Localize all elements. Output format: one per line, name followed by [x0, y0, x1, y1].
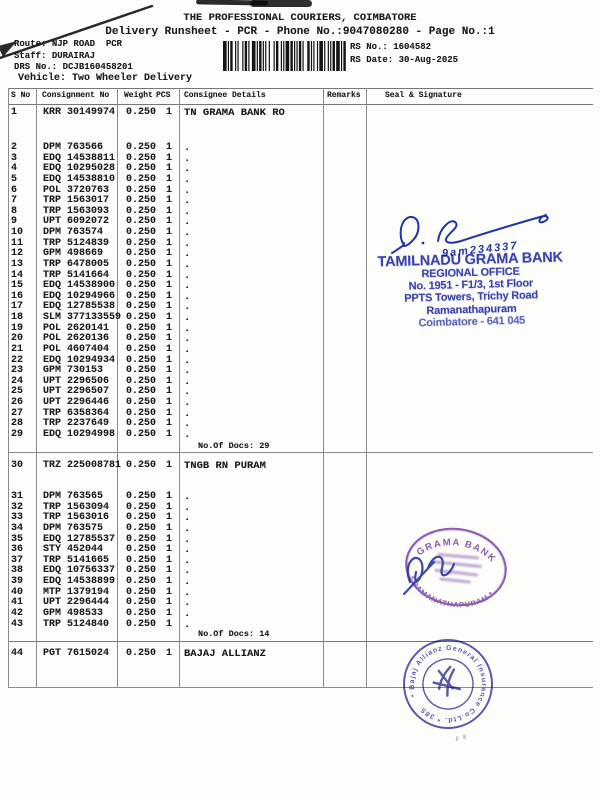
cell-consignment: GPM 498533 — [43, 608, 123, 619]
cell-weight: 0.250 — [126, 238, 160, 249]
cell-consignment: EDQ 10294998 — [43, 429, 123, 440]
cell-sno: 28 — [11, 418, 33, 429]
scan-smudge — [250, 0, 312, 7]
cell-sno: 2 — [11, 142, 33, 153]
section-rule-1 — [8, 452, 593, 453]
cell-weight: 0.250 — [126, 301, 160, 312]
cell-consignment: TRP 5124839 — [43, 238, 123, 249]
cell-sno: 5 — [11, 174, 33, 185]
docs-count: No.Of Docs: 29 — [198, 442, 269, 451]
table-row: 30TRZ 2250087810.2501TNGB RN PURAM — [0, 460, 600, 471]
rs-date-value: 30-Aug-2025 — [399, 55, 458, 65]
cell-sno: 43 — [11, 619, 33, 630]
cell-pcs: 1 — [158, 312, 172, 323]
cell-sno: 29 — [11, 429, 33, 440]
route-label: Route: — [14, 39, 46, 49]
cell-pcs: 1 — [158, 153, 172, 164]
table-row: 3EDQ 145388110.2501. — [0, 153, 600, 164]
cell-sno: 40 — [11, 587, 33, 598]
cell-pcs: 1 — [158, 608, 172, 619]
cell-weight: 0.250 — [126, 534, 160, 545]
table-row: 23GPM 7301530.2501. — [0, 365, 600, 376]
vehicle-label: Vehicle: — [18, 73, 66, 84]
table-row: 25UPT 22965070.2501. — [0, 386, 600, 397]
cell-weight: 0.250 — [126, 544, 160, 555]
cell-consignee: BAJAJ ALLIANZ — [184, 648, 364, 660]
cell-weight: 0.250 — [126, 619, 160, 630]
cell-weight: 0.250 — [126, 523, 160, 534]
rs-date-label: RS Date: — [350, 55, 393, 65]
cell-weight: 0.250 — [126, 174, 160, 185]
table-top-rule — [8, 88, 593, 89]
cell-consignment: DPM 763566 — [43, 142, 123, 153]
vehicle-value: Two Wheeler Delivery — [72, 73, 192, 84]
cell-sno: 9 — [11, 216, 33, 227]
col-header-sno: S No — [11, 92, 30, 100]
cell-consignment: TRP 2237649 — [43, 418, 123, 429]
cell-pcs: 1 — [158, 544, 172, 555]
cell-consignment: POL 3720763 — [43, 185, 123, 196]
table-row: 29EDQ 102949980.2501. — [0, 429, 600, 440]
route-line: Route: NJP ROAD PCR — [14, 40, 122, 49]
round-bank-seal: GRAMA BANK * RAMANATHAPURAM * — [398, 522, 520, 618]
insurance-stamp-scribble — [430, 664, 463, 698]
cell-consignment: EDQ 12785538 — [43, 301, 123, 312]
scanned-delivery-runsheet: THE PROFESSIONAL COURIERS, COIMBATORE De… — [0, 0, 600, 800]
cell-weight: 0.250 — [126, 512, 160, 523]
cell-weight: 0.250 — [126, 185, 160, 196]
cell-consignment: UPT 6092072 — [43, 216, 123, 227]
cell-consignment: GPM 498669 — [43, 248, 123, 259]
cell-consignment: TRP 5141664 — [43, 270, 123, 281]
cell-consignment: EDQ 10294934 — [43, 355, 123, 366]
drs-value: DCJB160458201 — [63, 62, 133, 72]
cell-weight: 0.250 — [126, 429, 160, 440]
cell-sno: 38 — [11, 565, 33, 576]
cell-consignment: TRP 6478005 — [43, 259, 123, 270]
scan-speck — [456, 736, 459, 741]
cell-sno: 35 — [11, 534, 33, 545]
cell-consignment: PGT 7615024 — [43, 648, 123, 659]
cell-weight: 0.250 — [126, 163, 160, 174]
cell-pcs: 1 — [158, 597, 172, 608]
vehicle-line: Vehicle: Two Wheeler Delivery — [18, 74, 192, 84]
col-header-pcs: PCS — [156, 92, 170, 100]
cell-consignment: DPM 763574 — [43, 227, 123, 238]
table-row: 1KRR 301499740.2501TN GRAMA BANK RO — [0, 107, 600, 118]
table-bottom-rule — [8, 687, 593, 688]
cell-consignment: TRP 1563094 — [43, 502, 123, 513]
cell-sno: 7 — [11, 195, 33, 206]
cell-pcs: 1 — [158, 365, 172, 376]
cell-pcs: 1 — [158, 386, 172, 397]
cell-consignment: UPT 2296507 — [43, 386, 123, 397]
cell-weight: 0.250 — [126, 365, 160, 376]
cell-consignment: STY 452044 — [43, 544, 123, 555]
cell-sno: 32 — [11, 502, 33, 513]
col-header-remarks: Remarks — [327, 92, 361, 100]
table-row: 21POL 46074040.2501. — [0, 344, 600, 355]
cell-consignee: . — [184, 429, 364, 441]
header-rule — [8, 104, 593, 105]
cell-pcs: 1 — [158, 248, 172, 259]
cell-consignment: EDQ 10756337 — [43, 565, 123, 576]
table-row: 26UPT 22964460.2501. — [0, 397, 600, 408]
rs-no-line: RS No.: 1604582 — [350, 43, 431, 52]
cell-sno: 42 — [11, 608, 33, 619]
cell-pcs: 1 — [158, 195, 172, 206]
cell-sno: 12 — [11, 248, 33, 259]
rs-no-value: 1604582 — [393, 42, 431, 52]
cell-consignment: EDQ 12785537 — [43, 534, 123, 545]
cell-sno: 4 — [11, 163, 33, 174]
cell-sno: 34 — [11, 523, 33, 534]
cell-sno: 25 — [11, 386, 33, 397]
cell-sno: 13 — [11, 259, 33, 270]
cell-consignment: SLM 377133559 — [43, 312, 123, 323]
cell-consignment: TRP 5124840 — [43, 619, 123, 630]
cell-pcs: 1 — [158, 185, 172, 196]
col-header-seal: Seal & Signature — [385, 92, 462, 100]
col-header-consignment: Consignment No — [42, 92, 109, 100]
cell-consignment: TRP 1563017 — [43, 195, 123, 206]
cell-pcs: 1 — [158, 502, 172, 513]
table-row: 44PGT 76150240.2501BAJAJ ALLIANZ — [0, 648, 600, 659]
cell-sno: 17 — [11, 301, 33, 312]
drs-line: DRS No.: DCJB160458201 — [14, 63, 133, 72]
cell-pcs: 1 — [158, 576, 172, 587]
cell-consignment: KRR 30149974 — [43, 107, 123, 118]
cell-sno: 1 — [11, 107, 33, 118]
cell-pcs: 1 — [158, 344, 172, 355]
cell-pcs: 1 — [158, 174, 172, 185]
cell-pcs: 1 — [158, 460, 172, 471]
cell-sno: 18 — [11, 312, 33, 323]
cell-pcs: 1 — [158, 142, 172, 153]
cell-sno: 21 — [11, 344, 33, 355]
cell-sno: 36 — [11, 544, 33, 555]
barcode — [223, 41, 347, 71]
cell-sno: 10 — [11, 227, 33, 238]
cell-consignment: POL 2620136 — [43, 333, 123, 344]
cell-weight: 0.250 — [126, 576, 160, 587]
cell-weight: 0.250 — [126, 107, 160, 118]
scan-speck — [463, 735, 467, 739]
table-row: 32TRP 15630940.2501. — [0, 502, 600, 513]
cell-weight: 0.250 — [126, 280, 160, 291]
cell-pcs: 1 — [158, 216, 172, 227]
cell-sno: 11 — [11, 238, 33, 249]
cell-weight: 0.250 — [126, 397, 160, 408]
cell-weight: 0.250 — [126, 227, 160, 238]
cell-pcs: 1 — [158, 429, 172, 440]
cell-weight: 0.250 — [126, 142, 160, 153]
cell-weight: 0.250 — [126, 344, 160, 355]
cell-consignment: MTP 1379194 — [43, 587, 123, 598]
staff-label: Staff: — [14, 51, 46, 61]
cell-consignment: EDQ 14538899 — [43, 576, 123, 587]
cell-pcs: 1 — [158, 397, 172, 408]
table-row: 22EDQ 102949340.2501. — [0, 355, 600, 366]
cell-pcs: 1 — [158, 259, 172, 270]
cell-weight: 0.250 — [126, 491, 160, 502]
cell-sno: 14 — [11, 270, 33, 281]
page-subtitle: Delivery Runsheet - PCR - Phone No.:9047… — [0, 27, 600, 38]
cell-weight: 0.250 — [126, 418, 160, 429]
cell-weight: 0.250 — [126, 248, 160, 259]
cell-pcs: 1 — [158, 227, 172, 238]
cell-pcs: 1 — [158, 619, 172, 630]
cell-consignment: EDQ 14538900 — [43, 280, 123, 291]
cell-consignment: UPT 2296446 — [43, 397, 123, 408]
table-row: 20POL 26201360.2501. — [0, 333, 600, 344]
round-insurance-stamp: * Bajaj Allianz General Insurance Co.Ltd… — [398, 634, 498, 734]
staff-value: DURAIRAJ — [52, 51, 95, 61]
cell-weight: 0.250 — [126, 565, 160, 576]
section-rule-2 — [8, 641, 593, 642]
cell-pcs: 1 — [158, 491, 172, 502]
cell-weight: 0.250 — [126, 153, 160, 164]
staff-line: Staff: DURAIRAJ — [14, 52, 95, 61]
cell-consignment: EDQ 10295028 — [43, 163, 123, 174]
cell-sno: 41 — [11, 597, 33, 608]
cell-sno: 30 — [11, 460, 33, 471]
table-row: 5EDQ 145388100.2501. — [0, 174, 600, 185]
cell-pcs: 1 — [158, 238, 172, 249]
cell-weight: 0.250 — [126, 587, 160, 598]
table-row: 2DPM 7635660.2501. — [0, 142, 600, 153]
col-header-consignee: Consignee Details — [184, 92, 266, 100]
cell-sno: 39 — [11, 576, 33, 587]
table-row: 6POL 37207630.2501. — [0, 185, 600, 196]
cell-sno: 31 — [11, 491, 33, 502]
cell-pcs: 1 — [158, 648, 172, 659]
cell-consignment: DPM 763565 — [43, 491, 123, 502]
cell-pcs: 1 — [158, 523, 172, 534]
cell-pcs: 1 — [158, 355, 172, 366]
cell-pcs: 1 — [158, 163, 172, 174]
cell-consignment: GPM 730153 — [43, 365, 123, 376]
table-row: 28TRP 22376490.2501. — [0, 418, 600, 429]
cell-pcs: 1 — [158, 301, 172, 312]
cell-weight: 0.250 — [126, 386, 160, 397]
docs-count: No.Of Docs: 14 — [198, 630, 269, 639]
cell-weight: 0.250 — [126, 355, 160, 366]
route-value: NJP ROAD PCR — [52, 39, 122, 49]
rs-date-line: RS Date: 30-Aug-2025 — [350, 56, 458, 65]
cell-weight: 0.250 — [126, 259, 160, 270]
office-stamp: TAMILNADU GRAMA BANK REGIONAL OFFICE No.… — [365, 251, 577, 330]
cell-pcs: 1 — [158, 107, 172, 118]
cell-consignment: DPM 763575 — [43, 523, 123, 534]
cell-sno: 23 — [11, 365, 33, 376]
cell-pcs: 1 — [158, 270, 172, 281]
cell-weight: 0.250 — [126, 648, 160, 659]
cell-sno: 20 — [11, 333, 33, 344]
rs-no-label: RS No.: — [350, 42, 388, 52]
cell-consignment: EDQ 14538810 — [43, 174, 123, 185]
cell-consignment: EDQ 14538811 — [43, 153, 123, 164]
cell-consignee: TN GRAMA BANK RO — [184, 107, 364, 119]
cell-weight: 0.250 — [126, 312, 160, 323]
cell-pcs: 1 — [158, 280, 172, 291]
cell-sno: 6 — [11, 185, 33, 196]
cell-pcs: 1 — [158, 418, 172, 429]
cell-consignment: TRP 1563016 — [43, 512, 123, 523]
col-header-weight: Weight — [124, 92, 153, 100]
cell-sno: 44 — [11, 648, 33, 659]
cell-weight: 0.250 — [126, 597, 160, 608]
cell-pcs: 1 — [158, 534, 172, 545]
page-title: THE PROFESSIONAL COURIERS, COIMBATORE — [0, 13, 600, 24]
cell-pcs: 1 — [158, 565, 172, 576]
cell-weight: 0.250 — [126, 502, 160, 513]
cell-sno: 15 — [11, 280, 33, 291]
cell-weight: 0.250 — [126, 216, 160, 227]
drs-label: DRS No.: — [14, 62, 57, 72]
cell-pcs: 1 — [158, 512, 172, 523]
cell-consignee: TNGB RN PURAM — [184, 460, 364, 472]
cell-consignment: POL 4607404 — [43, 344, 123, 355]
cell-weight: 0.250 — [126, 460, 160, 471]
table-row: 4EDQ 102950280.2501. — [0, 163, 600, 174]
cell-pcs: 1 — [158, 587, 172, 598]
table-row: 31DPM 7635650.2501. — [0, 491, 600, 502]
cell-weight: 0.250 — [126, 270, 160, 281]
cell-sno: 3 — [11, 153, 33, 164]
cell-sno: 26 — [11, 397, 33, 408]
table-row: 43TRP 51248400.2501. — [0, 619, 600, 630]
cell-consignment: UPT 2296444 — [43, 597, 123, 608]
cell-pcs: 1 — [158, 333, 172, 344]
cell-weight: 0.250 — [126, 608, 160, 619]
cell-sno: 33 — [11, 512, 33, 523]
cell-weight: 0.250 — [126, 195, 160, 206]
cell-weight: 0.250 — [126, 333, 160, 344]
cell-sno: 22 — [11, 355, 33, 366]
cell-consignment: TRZ 225008781 — [43, 460, 123, 471]
